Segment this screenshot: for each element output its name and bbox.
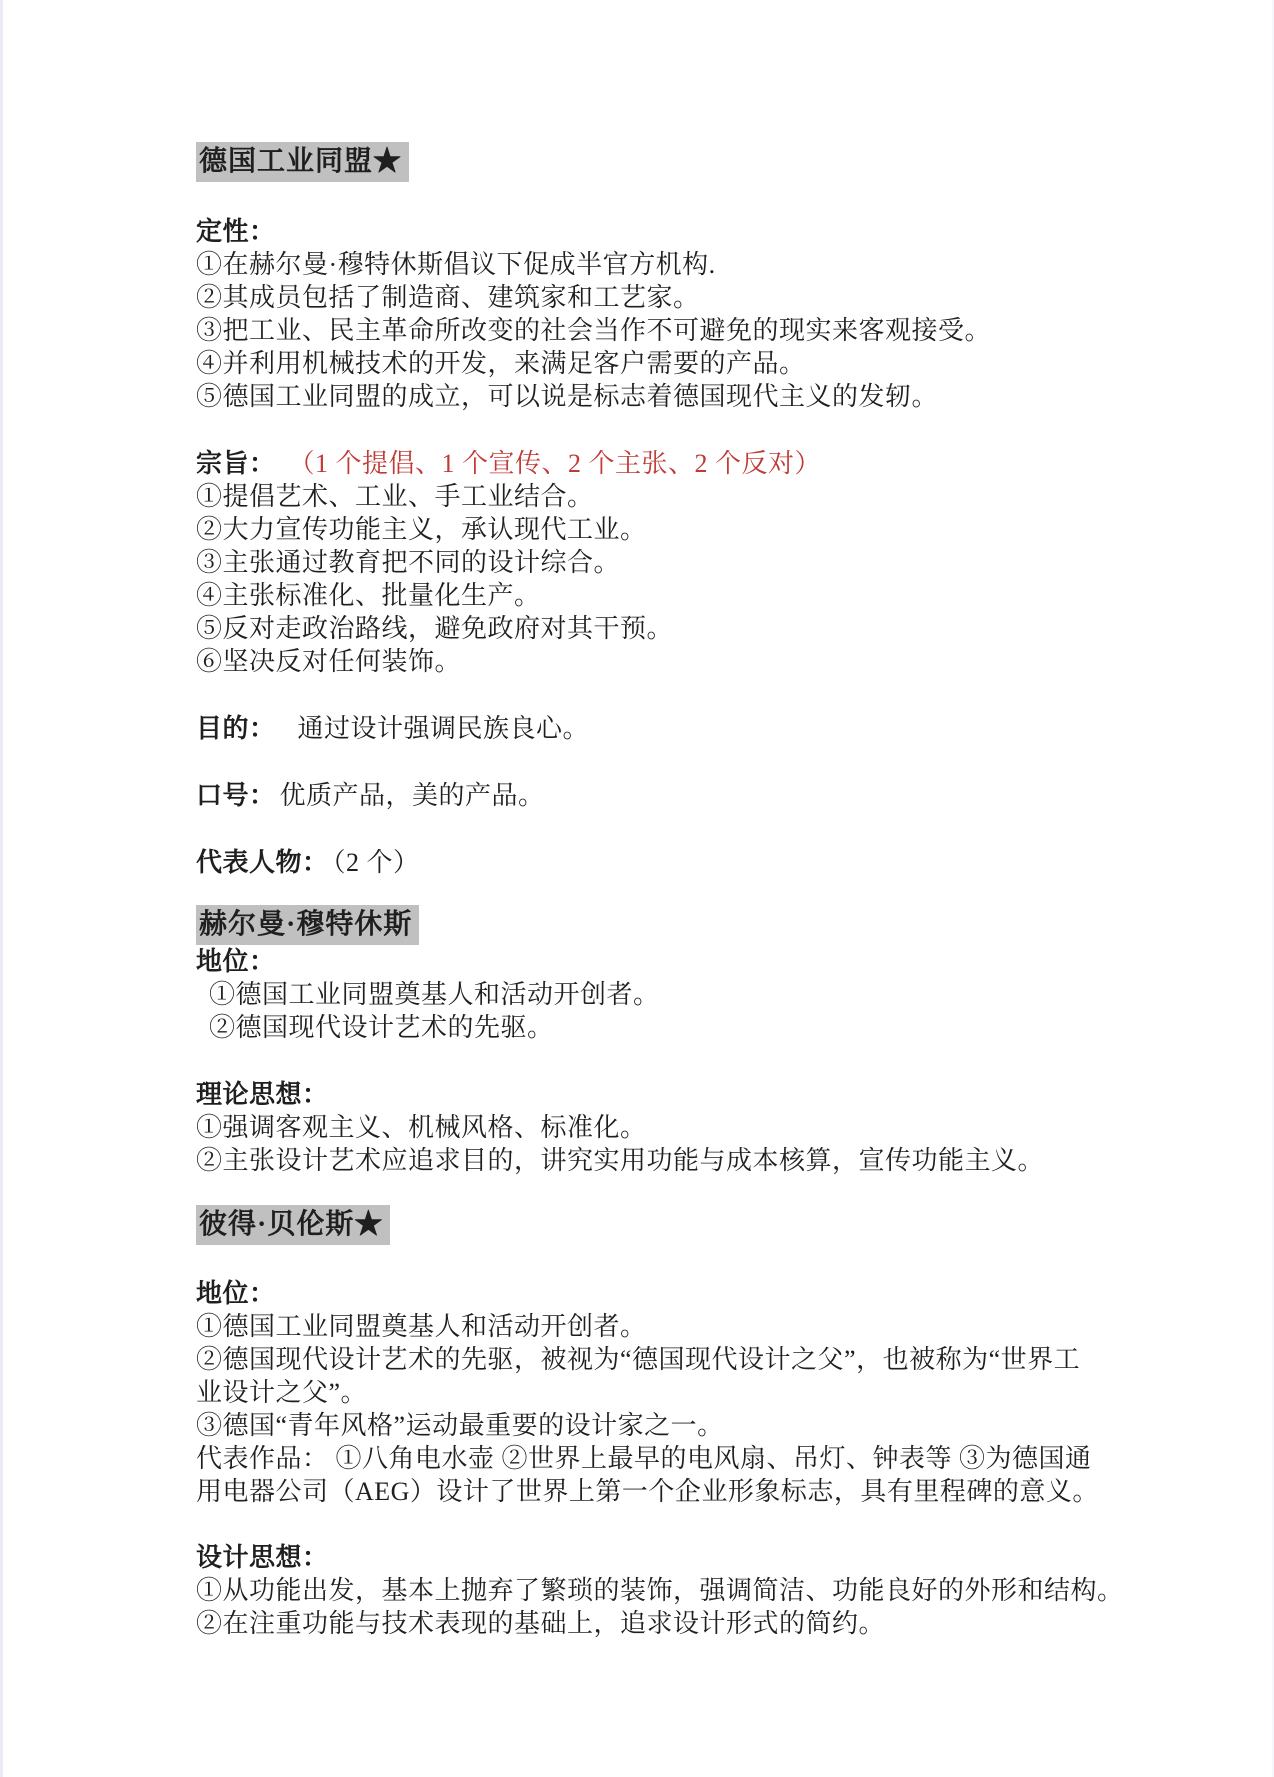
- behrens-diwei-item: 业设计之父”。: [196, 1376, 1232, 1409]
- behrens-diwei-item: ①德国工业同盟奠基人和活动开创者。: [196, 1310, 1232, 1343]
- behrens-diwei-item: ③德国“青年风格”运动最重要的设计家之一。: [196, 1409, 1232, 1442]
- behrens-heading-highlight: 彼得·贝伦斯★: [196, 1205, 390, 1245]
- muthesius-diwei-item: ②德国现代设计艺术的先驱。: [196, 1011, 1232, 1044]
- lilun-label: 理论思想：: [196, 1078, 1232, 1111]
- dingxing-item: ②其成员包括了制造商、建筑家和工艺家。: [196, 281, 1232, 314]
- section-muthesius: 赫尔曼·穆特休斯 地位： ①德国工业同盟奠基人和活动开创者。 ②德国现代设计艺术…: [196, 905, 1232, 1044]
- behrens-heading-row: 彼得·贝伦斯★: [196, 1205, 1232, 1245]
- zongzhi-item: ①提倡艺术、工业、手工业结合。: [196, 480, 1232, 513]
- muthesius-diwei-label: 地位：: [196, 945, 1232, 978]
- section-behrens-diwei: 地位： ①德国工业同盟奠基人和活动开创者。 ②德国现代设计艺术的先驱，被视为“德…: [196, 1277, 1232, 1508]
- behrens-works-item: 用电器公司（AEG）设计了世界上第一个企业形象标志，具有里程碑的意义。: [196, 1475, 1232, 1508]
- doc-title-highlight: 德国工业同盟★: [196, 142, 409, 182]
- daibiaorenwu-text: （2 个）: [333, 848, 420, 877]
- section-behrens-heading: 彼得·贝伦斯★: [196, 1205, 1232, 1245]
- daibiaorenwu-label: 代表人物：: [196, 848, 329, 877]
- sheji-item: ②在注重功能与技术表现的基础上，追求设计形式的简约。: [196, 1607, 1232, 1640]
- muthesius-heading-row: 赫尔曼·穆特休斯: [196, 905, 1232, 945]
- zongzhi-red-note: （1 个提倡、1 个宣传、2 个主张、2 个反对）: [302, 449, 822, 478]
- section-zongzhi: 宗旨：（1 个提倡、1 个宣传、2 个主张、2 个反对） ①提倡艺术、工业、手工…: [196, 447, 1232, 678]
- kouhao-label: 口号：: [196, 781, 276, 810]
- mudi-label: 目的：: [196, 714, 276, 743]
- lilun-item: ①强调客观主义、机械风格、标准化。: [196, 1111, 1232, 1144]
- section-sheji: 设计思想： ①从功能出发，基本上抛弃了繁琐的装饰，强调简洁、功能良好的外形和结构…: [196, 1541, 1232, 1640]
- behrens-diwei-label: 地位：: [196, 1277, 1232, 1310]
- section-kouhao: 口号：优质产品，美的产品。: [196, 779, 1232, 812]
- dingxing-item: ④并利用机械技术的开发，来满足客户需要的产品。: [196, 347, 1232, 380]
- zongzhi-item: ②大力宣传功能主义，承认现代工业。: [196, 513, 1232, 546]
- zongzhi-label: 宗旨：: [196, 449, 276, 478]
- behrens-diwei-item: ②德国现代设计艺术的先驱，被视为“德国现代设计之父”，也被称为“世界工: [196, 1343, 1232, 1376]
- mudi-text: 通过设计强调民族良心。: [298, 714, 590, 743]
- zongzhi-label-row: 宗旨：（1 个提倡、1 个宣传、2 个主张、2 个反对）: [196, 447, 1232, 480]
- sheji-item: ①从功能出发，基本上抛弃了繁琐的装饰，强调简洁、功能良好的外形和结构。: [196, 1574, 1232, 1607]
- title-row: 德国工业同盟★: [196, 142, 1232, 182]
- zongzhi-item: ⑤反对走政治路线，避免政府对其干预。: [196, 612, 1232, 645]
- lilun-item: ②主张设计艺术应追求目的，讲究实用功能与成本核算，宣传功能主义。: [196, 1144, 1232, 1177]
- dingxing-item: ①在赫尔曼·穆特休斯倡议下促成半官方机构.: [196, 248, 1232, 281]
- dingxing-item: ⑤德国工业同盟的成立，可以说是标志着德国现代主义的发轫。: [196, 380, 1232, 413]
- zongzhi-item: ④主张标准化、批量化生产。: [196, 579, 1232, 612]
- kouhao-text: 优质产品，美的产品。: [280, 781, 545, 810]
- dingxing-item: ③把工业、民主革命所改变的社会当作不可避免的现实来客观接受。: [196, 314, 1232, 347]
- dingxing-label: 定性：: [196, 215, 1232, 248]
- muthesius-diwei-item: ①德国工业同盟奠基人和活动开创者。: [196, 978, 1232, 1011]
- zongzhi-item: ③主张通过教育把不同的设计综合。: [196, 546, 1232, 579]
- muthesius-heading-highlight: 赫尔曼·穆特休斯: [196, 905, 419, 945]
- section-lilun: 理论思想： ①强调客观主义、机械风格、标准化。 ②主张设计艺术应追求目的，讲究实…: [196, 1078, 1232, 1177]
- section-dingxing: 定性： ①在赫尔曼·穆特休斯倡议下促成半官方机构. ②其成员包括了制造商、建筑家…: [196, 215, 1232, 413]
- section-daibiaorenwu: 代表人物：（2 个）: [196, 846, 1232, 879]
- document-page: 德国工业同盟★ 定性： ①在赫尔曼·穆特休斯倡议下促成半官方机构. ②其成员包括…: [0, 0, 1274, 1777]
- zongzhi-item: ⑥坚决反对任何装饰。: [196, 645, 1232, 678]
- section-mudi: 目的：通过设计强调民族良心。: [196, 712, 1232, 745]
- behrens-works-item: 代表作品： ①八角电水壶 ②世界上最早的电风扇、吊灯、钟表等 ③为德国通: [196, 1442, 1232, 1475]
- sheji-label: 设计思想：: [196, 1541, 1232, 1574]
